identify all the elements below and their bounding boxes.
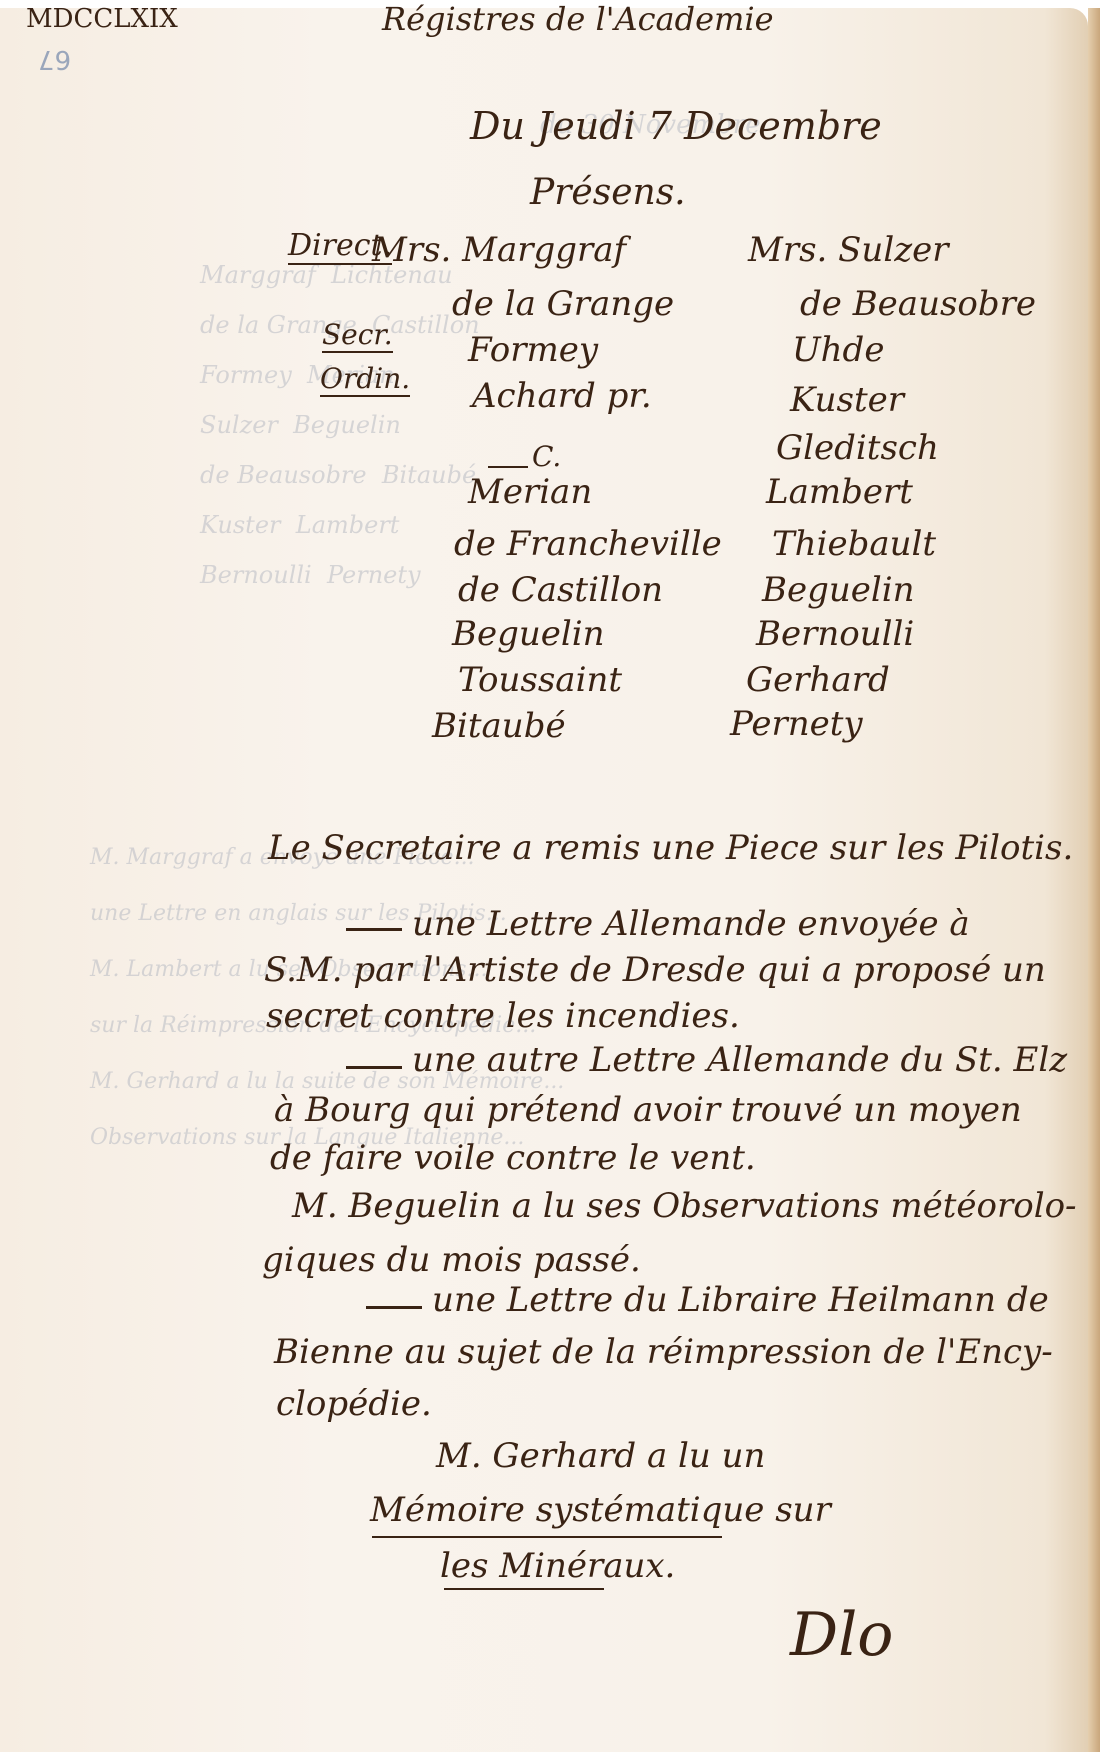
- minute-observations-line-1: M. Beguelin a lu ses Observations météor…: [292, 1186, 1077, 1226]
- member-left-2: de la Grange: [452, 284, 674, 324]
- minute-letter-1-line-3: secret contre les incendies.: [266, 996, 740, 1036]
- member-left-6: de Francheville: [454, 524, 722, 564]
- member-left-4: Achard pr.: [472, 376, 652, 416]
- folio-number: 67: [38, 44, 71, 74]
- present-heading: Présens.: [530, 172, 686, 213]
- signature-flourish: Dlo: [790, 1600, 893, 1670]
- member-right-6: Lambert: [766, 472, 913, 512]
- member-left-1: Mrs. Marggraf: [372, 230, 626, 270]
- role-curator: C.: [532, 440, 561, 473]
- minute-gerhard-read: M. Gerhard a lu un: [436, 1436, 765, 1476]
- bleed-through-text: Marggraf Lichtenaude la Grange Castillon…: [200, 250, 480, 600]
- item-dash: [346, 928, 402, 931]
- minute-letter-3-line-3: clopédie.: [276, 1384, 432, 1424]
- member-right-9: Bernoulli: [756, 614, 914, 654]
- member-right-1: Mrs. Sulzer: [748, 230, 948, 270]
- minute-letter-3-line-2: Bienne au sujet de la réimpression de l'…: [274, 1332, 1053, 1372]
- item-dash: [366, 1306, 422, 1309]
- memoir-underline: [372, 1536, 722, 1538]
- member-right-11: Pernety: [730, 704, 863, 744]
- item-dash: [346, 1066, 402, 1069]
- session-date: Du Jeudi 7 Decembre: [470, 104, 882, 148]
- member-left-5: Merian: [468, 472, 592, 512]
- minute-letter-2-line-2: à Bourg qui prétend avoir trouvé un moye…: [274, 1090, 1022, 1130]
- memoir-title-line-1: Mémoire systématique sur: [370, 1490, 831, 1530]
- member-right-2: de Beausobre: [800, 284, 1036, 324]
- minute-letter-1-line-1: une Lettre Allemande envoyée à: [412, 904, 970, 944]
- member-right-7: Thiebault: [772, 524, 936, 564]
- minute-letter-2-line-1: une autre Lettre Allemande du St. Elz: [412, 1040, 1067, 1080]
- curator-dash: [488, 466, 528, 468]
- member-right-5: Gleditsch: [776, 428, 939, 468]
- member-right-4: Kuster: [790, 380, 904, 420]
- member-left-3: Formey: [468, 330, 598, 370]
- memoir-title-line-2: les Minéraux.: [440, 1546, 675, 1586]
- member-left-7: de Castillon: [458, 570, 663, 610]
- minute-letter-1-line-2: S.M. par l'Artiste de Dresde qui a propo…: [264, 950, 1046, 990]
- member-right-8: Beguelin: [762, 570, 915, 610]
- member-left-8: Beguelin: [452, 614, 605, 654]
- minute-letter-3-line-1: une Lettre du Libraire Heilmann de: [432, 1280, 1049, 1320]
- register-title: Régistres de l'Academie: [382, 0, 774, 38]
- minute-secretary-piece: Le Secretaire a remis une Piece sur les …: [268, 828, 1073, 868]
- role-secretary: Secr.: [322, 318, 393, 353]
- member-right-3: Uhde: [792, 330, 884, 370]
- memoir-underline: [444, 1588, 604, 1590]
- member-left-10: Bitaubé: [432, 706, 566, 746]
- minute-letter-2-line-3: de faire voile contre le vent.: [270, 1138, 756, 1178]
- page-edge: [1088, 8, 1100, 1752]
- minute-observations-line-2: giques du mois passé.: [262, 1240, 641, 1280]
- role-ordinary: Ordin.: [320, 362, 410, 397]
- year-roman-numeral: MDCCLXIX: [26, 4, 178, 34]
- member-left-9: Toussaint: [458, 660, 622, 700]
- member-right-10: Gerhard: [746, 660, 890, 700]
